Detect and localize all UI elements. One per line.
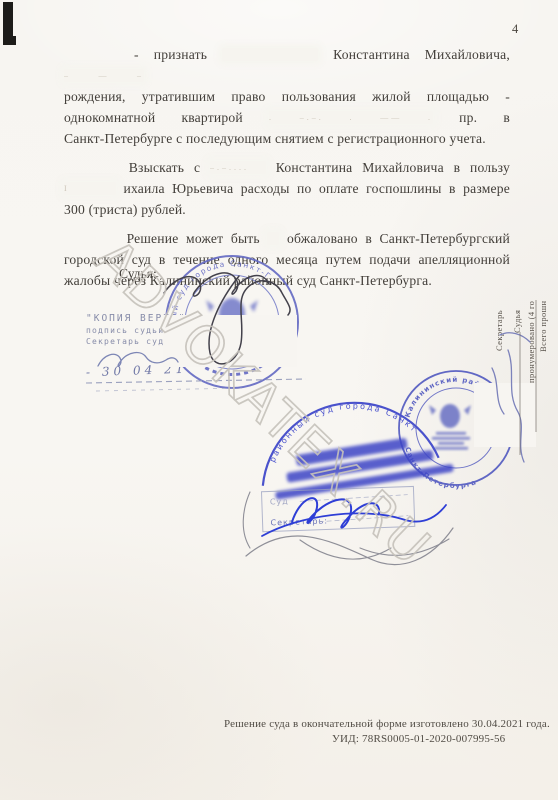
indent <box>64 241 119 243</box>
scanned-court-document-page: 4 - признать Константина Михайловича, – … <box>0 0 558 800</box>
binding-note-judge-label: Судья <box>512 297 522 333</box>
middle-stamp-secretary-label: Секретарь: <box>270 516 328 527</box>
right-stamp-ring-top-text: Калининский райо <box>404 376 488 419</box>
svg-text:Калининский райо: Калининский райо <box>404 376 488 419</box>
text-segment: Решение может быть <box>127 231 260 246</box>
redaction-box-right-stamp <box>474 383 536 447</box>
text-segment: ихаила Юрьевича расходы по оплате госпош… <box>123 181 510 196</box>
erased-redaction: . –.–. . —— . <box>269 111 433 124</box>
text-line: рождения, утратившим право пользования ж… <box>64 86 510 107</box>
middle-stamp-illegible-text <box>270 431 454 500</box>
scan-edge-artifact <box>3 36 16 45</box>
text-line: Решение может быть обжаловано в Санкт-Пе… <box>64 228 510 249</box>
right-stamp-ring-bottom-text: Санкт-Петербурга <box>403 446 478 490</box>
text-line: однокомнатной квартирой . –.–. . —— . пр… <box>64 107 510 128</box>
paragraph: Взыскать с –.–.... Константина Михайлови… <box>64 157 510 220</box>
indent <box>64 57 119 59</box>
text-segment: городской суд в течение одного месяца пу… <box>64 252 510 267</box>
copy-stamp-title: "КОПИЯ ВЕРНА" <box>86 313 236 324</box>
round-stamp-middle: районный суд города Санкт <box>252 387 454 502</box>
text-segment: Константина Михайловича, <box>333 47 510 62</box>
text-line: Взыскать с –.–.... Константина Михайлови… <box>64 157 510 178</box>
svg-text:Санкт-Петербурга: Санкт-Петербурга <box>403 446 478 490</box>
erased-redaction <box>267 232 279 245</box>
indent <box>64 170 119 172</box>
erased-redaction <box>222 48 318 61</box>
middle-stamp-signatures <box>243 492 453 565</box>
text-line: - признать Константина Михайловича, – — … <box>64 44 510 86</box>
text-segment: 300 (триста) рублей. <box>64 202 186 217</box>
middle-stamp-ring-text: районный суд города Санкт <box>261 391 422 465</box>
text-segment: Константина Михайловича <box>276 160 444 175</box>
binding-note-signatures <box>492 333 530 462</box>
text-segment: Санкт-Петербурге с последующим снятием с… <box>64 131 486 146</box>
copy-stamp-secretary-label: Секретарь судеб <box>86 337 236 346</box>
paragraph: - признать Константина Михайловича, – — … <box>64 44 510 149</box>
text-segment: однокомнатной квартирой <box>64 110 243 125</box>
erased-redaction: І <box>64 182 116 195</box>
page-number: 4 <box>512 22 518 37</box>
erased-redaction: – — – <box>64 69 144 82</box>
round-stamp-right: Калининский райо Санкт-Петербурга <box>399 371 513 490</box>
text-segment: в пользу <box>454 160 510 175</box>
text-segment: Взыскать с <box>129 160 200 175</box>
text-segment: обжаловано в Санкт-Петербургский <box>287 231 510 246</box>
svg-text:районный суд города Санкт: районный суд города Санкт <box>261 391 422 465</box>
uid-number: УИД: 78RS0005-01-2020-007995-56 <box>332 733 505 745</box>
middle-stamp-signature-box: Суд Секретарь: <box>261 486 414 531</box>
text-line: 300 (триста) рублей. <box>64 199 510 220</box>
text-segment: рождения, утратившим право пользования ж… <box>64 89 510 104</box>
judge-label: Судья: <box>119 266 157 282</box>
text-line: Санкт-Петербурге с последующим снятием с… <box>64 128 510 149</box>
decision-text-block: - признать Константина Михайловича, – — … <box>64 44 510 299</box>
text-segment: пр. в <box>459 110 510 125</box>
decision-date-note: Решение суда в окончательной форме изгот… <box>224 718 550 730</box>
binding-note-line2: пронумеровано (4 го <box>526 279 536 383</box>
erased-redaction: –.–.... <box>210 161 266 174</box>
middle-stamp-judge-label: Суд <box>270 497 289 507</box>
text-line: І ихаила Юрьевича расходы по оплате госп… <box>64 178 510 199</box>
binding-note-line1: Всего прошн <box>538 282 548 352</box>
text-segment: - признать <box>134 47 207 62</box>
binding-note-secretary-label: Секретарь <box>494 299 504 351</box>
copy-stamp-judge-signature-label: подпись судьи <box>86 326 236 335</box>
